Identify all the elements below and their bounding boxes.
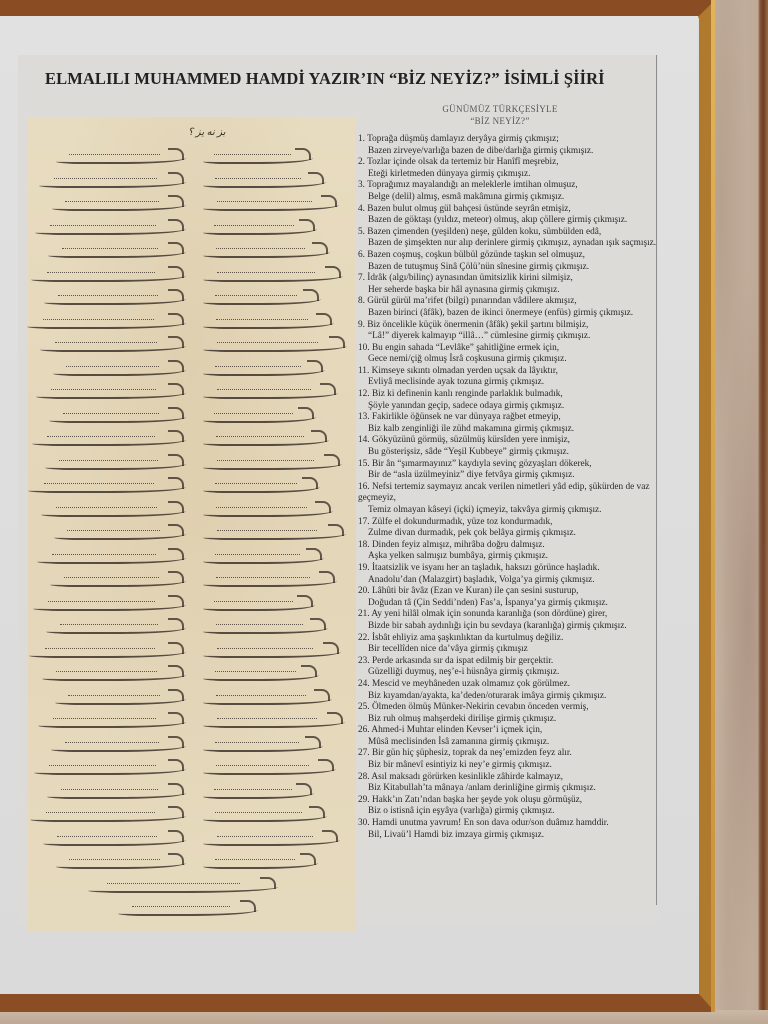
verse-line-2: Bir de “asla üzülmeyiniz” diye fetvâya g… bbox=[358, 470, 658, 482]
manuscript-line bbox=[41, 505, 186, 517]
verse-line-2: Anadolu’dan (Malazgirt) başladık, Volga’… bbox=[358, 575, 658, 587]
manuscript-line bbox=[46, 622, 186, 634]
verse: 16. Nefsi tertemiz saymayız ancak verile… bbox=[358, 482, 658, 517]
manuscript-line bbox=[38, 716, 186, 728]
verse: 21. Ay yeni hilâl olmak için sonunda kar… bbox=[358, 609, 658, 632]
manuscript-line bbox=[203, 481, 320, 493]
manuscript-heading: بز نه يز ؟ bbox=[188, 127, 226, 138]
verse-line-1: 24. Mescid ve meyhâneden uzak olmamız ço… bbox=[358, 679, 658, 691]
manuscript-line bbox=[56, 152, 186, 164]
manuscript-line bbox=[51, 740, 186, 752]
verse-line-2: Eteği kirletmeden dünyaya girmiş çıkmışı… bbox=[358, 169, 658, 181]
manuscript-line bbox=[203, 528, 346, 540]
verse-line-1: 3. Toprağımız mayalandığı an meleklerle … bbox=[358, 180, 658, 192]
manuscript-line bbox=[37, 552, 186, 564]
verse-line-2: Biz kıyamdan/ayakta, ka’deden/oturarak i… bbox=[358, 691, 658, 703]
verse-line-1: 28. Asıl maksadı görürken kesinlikle zâh… bbox=[358, 772, 658, 784]
verse-line-1: 14. Gökyüzünü görmüş, süzülmüş kürsîden … bbox=[358, 435, 658, 447]
verse: 11. Kimseye sıkıntı olmadan yerden uçsak… bbox=[358, 366, 658, 389]
verse-line-2: Biz Kitabullah’ta mânaya /anlam derinliğ… bbox=[358, 783, 658, 795]
manuscript-line bbox=[203, 669, 319, 681]
manuscript-line bbox=[47, 787, 186, 799]
verse: 2. Tozlar içinde olsak da tertemiz bir H… bbox=[358, 157, 658, 180]
verse: 5. Bazen çimenden (yeşilden) neşe, gülde… bbox=[358, 227, 658, 250]
verse-line-1: 13. Fakirlikle öğünsek ne var dünyaya ra… bbox=[358, 412, 658, 424]
verse-line-1: 27. Bir gün hiç şüphesiz, toprak da neş’… bbox=[358, 748, 658, 760]
manuscript-line bbox=[203, 810, 327, 822]
subtitle-line-1: GÜNÜMÜZ TÜRKÇESİYLE bbox=[420, 103, 580, 115]
outer-frame-bottom bbox=[0, 1010, 768, 1024]
manuscript-line bbox=[203, 176, 326, 188]
verse-line-2: Bazen de şimşekten nur alıp derinlere gi… bbox=[358, 238, 658, 250]
manuscript-line bbox=[203, 317, 334, 329]
modern-translation: 1. Toprağa düşmüş damlayız deryâya girmi… bbox=[358, 134, 658, 841]
manuscript-line bbox=[203, 622, 328, 634]
manuscript-line bbox=[40, 340, 186, 352]
verse: 12. Biz ki definenin kanlı renginde parl… bbox=[358, 389, 658, 412]
manuscript-line bbox=[203, 246, 330, 258]
verse: 19. İtaatsizlik ve isyanı her an taşladı… bbox=[358, 563, 658, 586]
verse-line-2: Biz bir mânevî esintiyiz ki ney’e girmiş… bbox=[358, 760, 658, 772]
verse: 30. Hamdi unutma yavrum! En son dava odu… bbox=[358, 818, 658, 841]
manuscript-line bbox=[203, 223, 317, 235]
verse-line-2: Aşka yelken salmışız bumbâya, girmiş çık… bbox=[358, 551, 658, 563]
verse: 18. Dinden feyiz almışız, mihrâba doğru … bbox=[358, 540, 658, 563]
manuscript-line bbox=[203, 411, 316, 423]
verse-line-2: Doğudan tâ (Çin Seddi’nden) Fas’a, İspan… bbox=[358, 598, 658, 610]
verse-line-1: 30. Hamdi unutma yavrum! En son dava odu… bbox=[358, 818, 658, 830]
verse-line-2: “Lâ!” diyerek kalmayıp “illâ…” cümlesine… bbox=[358, 331, 658, 343]
verse-line-2: Güzelliği duymuş, neş’e-i hüsnâya girmiş… bbox=[358, 667, 658, 679]
manuscript-line bbox=[53, 364, 186, 376]
verse: 27. Bir gün hiç şüphesiz, toprak da neş’… bbox=[358, 748, 658, 771]
manuscript-line bbox=[203, 857, 318, 869]
manuscript-line bbox=[44, 293, 186, 305]
verse: 4. Bazen bulut olmuş gül bahçesi üstünde… bbox=[358, 204, 658, 227]
manuscript-line bbox=[55, 693, 186, 705]
manuscript-line bbox=[203, 152, 313, 164]
manuscript-line bbox=[28, 481, 186, 493]
verse-line-1: 5. Bazen çimenden (yeşilden) neşe, gülde… bbox=[358, 227, 658, 239]
verse-line-1: 12. Biz ki definenin kanlı renginde parl… bbox=[358, 389, 658, 401]
verse: 22. İsbât ehliyiz ama şaşkınlıktan da ku… bbox=[358, 633, 658, 656]
verse-line-1: 16. Nefsi tertemiz saymayız ancak verile… bbox=[358, 482, 658, 505]
verse: 25. Ölmeden ölmüş Münker-Nekirin cevabın… bbox=[358, 702, 658, 725]
verse-line-1: 1. Toprağa düşmüş damlayız deryâya girmi… bbox=[358, 134, 658, 146]
verse-line-1: 17. Zülfe el dokundurmadık, yüze toz kon… bbox=[358, 517, 658, 529]
verse-line-1: 15. Bir ân “şımarmayınız” kaydıyla sevin… bbox=[358, 459, 658, 471]
verse: 14. Gökyüzünü görmüş, süzülmüş kürsîden … bbox=[358, 435, 658, 458]
verse-line-1: 6. Bazen coşmuş, coşkun bülbül gözünde t… bbox=[358, 250, 658, 262]
verse-line-2: Bazen de göktaşı (yıldız, meteor) olmuş,… bbox=[358, 215, 658, 227]
verse-line-1: 21. Ay yeni hilâl olmak için sonunda kar… bbox=[358, 609, 658, 621]
manuscript-line bbox=[203, 434, 329, 446]
verse-line-1: 25. Ölmeden ölmüş Münker-Nekirin cevabın… bbox=[358, 702, 658, 714]
manuscript-line bbox=[31, 270, 186, 282]
manuscript-line bbox=[203, 199, 339, 211]
verse-line-1: 26. Ahmed-i Muhtar elinden Kevser’i içme… bbox=[358, 725, 658, 737]
verse-line-2: Şöyle yanından geçip, sadece odaya girmi… bbox=[358, 401, 658, 413]
verse-line-2: Mûsâ meclisinden İsâ zamanına girmiş çık… bbox=[358, 737, 658, 749]
manuscript-line bbox=[54, 528, 186, 540]
verse-line-2: Belge (delil) almış, esmâ makâmına girmi… bbox=[358, 192, 658, 204]
manuscript-line bbox=[203, 505, 333, 517]
page-title: ELMALILI MUHAMMED HAMDİ YAZIR’IN “BİZ NE… bbox=[45, 69, 655, 89]
verse: 3. Toprağımız mayalandığı an meleklerle … bbox=[358, 180, 658, 203]
verse-line-1: 29. Hakk’ın Zatı’ndan başka her şeyde yo… bbox=[358, 795, 658, 807]
verse-line-2: Bazen birinci (âfâk), bazen de ikinci ön… bbox=[358, 308, 658, 320]
manuscript-line bbox=[36, 387, 186, 399]
manuscript-closing-line bbox=[118, 904, 258, 916]
verse: 8. Gürül gürül ma’rifet (bilgi) pınarınd… bbox=[358, 296, 658, 319]
manuscript-line bbox=[203, 575, 337, 587]
manuscript-line bbox=[203, 364, 325, 376]
verse: 10. Bu engin sahada “Levlâke” şahitliğin… bbox=[358, 343, 658, 366]
manuscript-line bbox=[45, 458, 186, 470]
manuscript-line bbox=[56, 857, 186, 869]
verse-line-1: 8. Gürül gürül ma’rifet (bilgi) pınarınd… bbox=[358, 296, 658, 308]
manuscript-line bbox=[203, 763, 336, 775]
manuscript-line bbox=[203, 740, 323, 752]
verse-line-2: Bir tecellîden nice da’vâya girmiş çıkmı… bbox=[358, 644, 658, 656]
verse-line-1: 19. İtaatsizlik ve isyanı her an taşladı… bbox=[358, 563, 658, 575]
verse-line-2: Bazen zirveye/varlığa bazen de dibe/darl… bbox=[358, 146, 658, 158]
verse: 24. Mescid ve meyhâneden uzak olmamız ço… bbox=[358, 679, 658, 702]
manuscript-closing-line bbox=[88, 881, 278, 893]
manuscript-line bbox=[43, 834, 186, 846]
manuscript-line bbox=[203, 693, 332, 705]
verse-line-2: Bil, Livaü’l Hamdi biz imzaya girmiş çık… bbox=[358, 830, 658, 842]
manuscript-line bbox=[203, 552, 324, 564]
verse: 7. İdrâk (algı/bilinç) aynasından ümitsi… bbox=[358, 273, 658, 296]
verse: 26. Ahmed-i Muhtar elinden Kevser’i içme… bbox=[358, 725, 658, 748]
manuscript-line bbox=[32, 434, 186, 446]
subtitle-line-2: “BİZ NEYİZ?” bbox=[420, 115, 580, 127]
verse-line-2: Temiz olmayan kâseyi (içki) içmeyiz, tak… bbox=[358, 505, 658, 517]
manuscript-line bbox=[35, 223, 186, 235]
verse: 29. Hakk’ın Zatı’ndan başka her şeyde yo… bbox=[358, 795, 658, 818]
ottoman-manuscript: بز نه يز ؟ bbox=[28, 117, 356, 931]
verse-line-2: Bizde bir sabah aydınlığı için bu sevday… bbox=[358, 621, 658, 633]
translation-subtitle: GÜNÜMÜZ TÜRKÇESİYLE “BİZ NEYİZ?” bbox=[420, 103, 580, 127]
manuscript-line bbox=[203, 340, 347, 352]
verse: 20. Lâhûti bir âvâz (Ezan ve Kuran) ile … bbox=[358, 586, 658, 609]
verse-line-1: 20. Lâhûti bir âvâz (Ezan ve Kuran) ile … bbox=[358, 586, 658, 598]
manuscript-line bbox=[203, 716, 345, 728]
manuscript-line bbox=[42, 669, 186, 681]
verse: 28. Asıl maksadı görürken kesinlikle zâh… bbox=[358, 772, 658, 795]
verse-line-2: Bazen de tutuşmuş Sinâ Çölü’nün sînesine… bbox=[358, 262, 658, 274]
verse-line-2: Evliyâ meclisinde ayak tozuna girmiş çık… bbox=[358, 377, 658, 389]
verse-line-2: Bu gösterişsiz, sâde “Yeşil Kubbeye” gir… bbox=[358, 447, 658, 459]
manuscript-line bbox=[203, 387, 338, 399]
manuscript-line bbox=[203, 458, 342, 470]
verse: 6. Bazen coşmuş, coşkun bülbül gözünde t… bbox=[358, 250, 658, 273]
manuscript-line bbox=[27, 317, 186, 329]
manuscript-line bbox=[203, 293, 321, 305]
verse: 23. Perde arkasında sır da ispat edilmiş… bbox=[358, 656, 658, 679]
manuscript-line bbox=[48, 246, 186, 258]
verse-line-2: Biz kalb zenginliği ile zühd makamına gi… bbox=[358, 424, 658, 436]
manuscript-line bbox=[203, 646, 341, 658]
manuscript-line bbox=[203, 834, 340, 846]
manuscript-line bbox=[39, 176, 186, 188]
verse-line-2: Her seherde başka bir hâl aynasına girmi… bbox=[358, 285, 658, 297]
manuscript-line bbox=[203, 270, 343, 282]
verse-line-1: 9. Biz öncelikle küçük önermenin (âfâk) … bbox=[358, 320, 658, 332]
manuscript-line bbox=[33, 599, 186, 611]
verse: 17. Zülfe el dokundurmadık, yüze toz kon… bbox=[358, 517, 658, 540]
verse-line-1: 22. İsbât ehliyiz ama şaşkınlıktan da ku… bbox=[358, 633, 658, 645]
manuscript-line bbox=[49, 411, 186, 423]
manuscript-line bbox=[52, 199, 186, 211]
manuscript-line bbox=[203, 787, 314, 799]
verse-line-1: 2. Tozlar içinde olsak da tertemiz bir H… bbox=[358, 157, 658, 169]
manuscript-line bbox=[203, 599, 315, 611]
manuscript-line bbox=[34, 763, 186, 775]
verse: 9. Biz öncelikle küçük önermenin (âfâk) … bbox=[358, 320, 658, 343]
manuscript-line bbox=[29, 646, 186, 658]
verse-line-1: 23. Perde arkasında sır da ispat edilmiş… bbox=[358, 656, 658, 668]
verse: 1. Toprağa düşmüş damlayız deryâya girmi… bbox=[358, 134, 658, 157]
verse-line-1: 18. Dinden feyiz almışız, mihrâba doğru … bbox=[358, 540, 658, 552]
verse-line-1: 7. İdrâk (algı/bilinç) aynasından ümitsi… bbox=[358, 273, 658, 285]
verse-line-2: Biz o istisnâ için eşyâya (varlığa) girm… bbox=[358, 806, 658, 818]
verse-line-1: 10. Bu engin sahada “Levlâke” şahitliğin… bbox=[358, 343, 658, 355]
verse: 15. Bir ân “şımarmayınız” kaydıyla sevin… bbox=[358, 459, 658, 482]
verse-line-2: Biz ruh olmuş mahşerdeki dirilişe girmiş… bbox=[358, 714, 658, 726]
verse-line-1: 4. Bazen bulut olmuş gül bahçesi üstünde… bbox=[358, 204, 658, 216]
manuscript-line bbox=[50, 575, 186, 587]
verse: 13. Fakirlikle öğünsek ne var dünyaya ra… bbox=[358, 412, 658, 435]
verse-line-1: 11. Kimseye sıkıntı olmadan yerden uçsak… bbox=[358, 366, 658, 378]
verse-line-2: Zulme divan durmadık, pek çok belâya gir… bbox=[358, 528, 658, 540]
verse-line-2: Gece nemi/çiğ olmuş İsrâ coşkusuna girmi… bbox=[358, 354, 658, 366]
manuscript-line bbox=[30, 810, 186, 822]
